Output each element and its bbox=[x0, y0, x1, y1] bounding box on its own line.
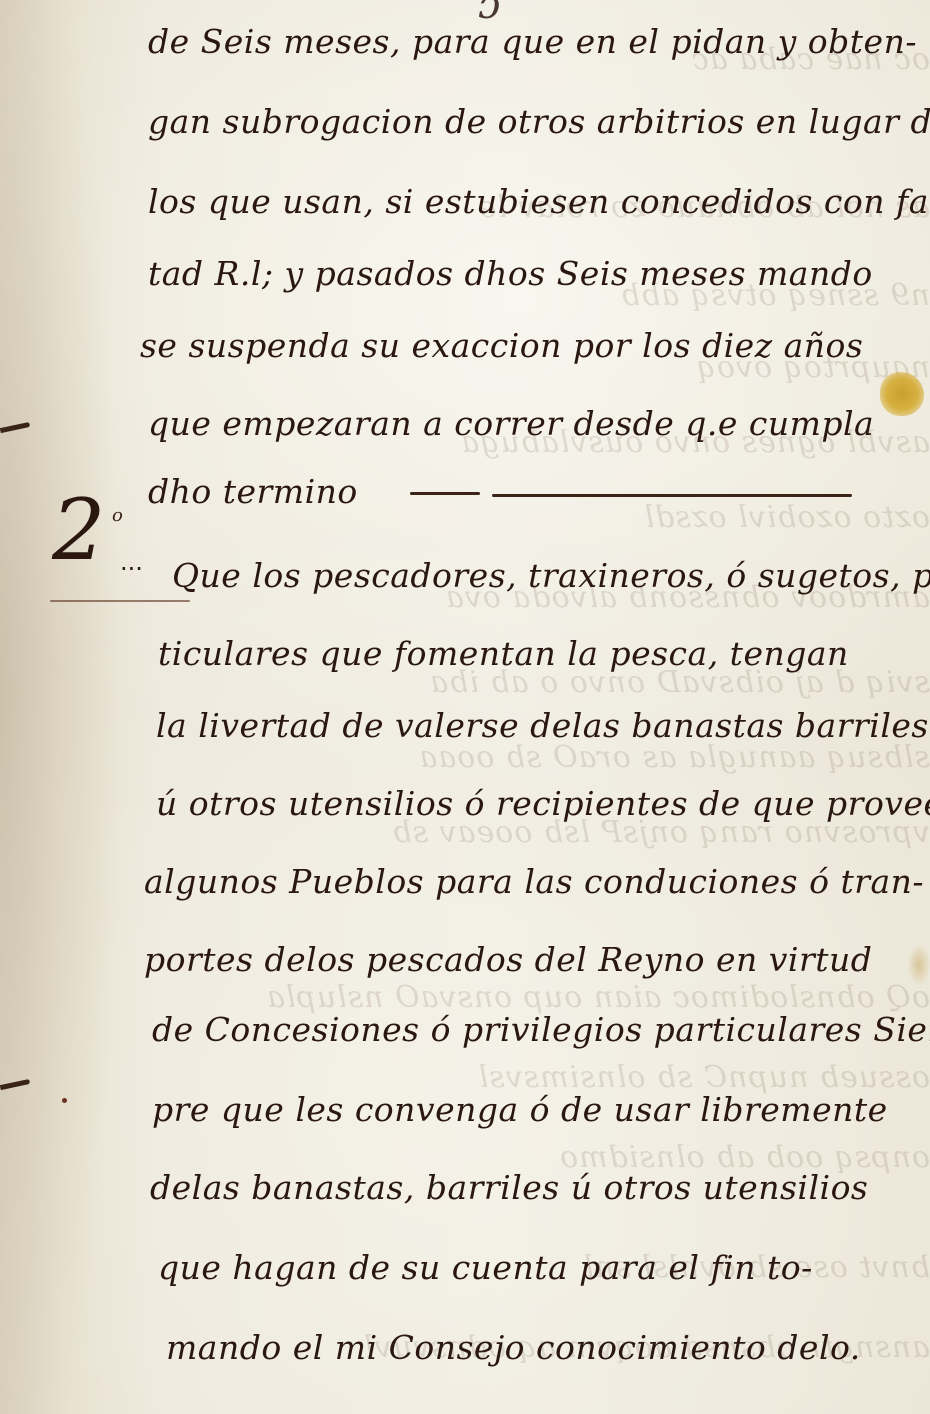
manuscript-line-12: algunos Pueblos para las conduciones ó t… bbox=[144, 862, 924, 901]
manuscript-page: oc nae caba ac as nol ab obnauo zo rolav… bbox=[0, 0, 930, 1414]
manuscript-line-6: que empezaran a correr desde q.e cumpla bbox=[148, 404, 874, 443]
faint-stain bbox=[908, 945, 930, 985]
margin-rule bbox=[50, 600, 190, 602]
manuscript-line-13: portes delos pescados del Reyno en virtu… bbox=[144, 940, 872, 979]
manuscript-line-7: dho termino bbox=[148, 472, 358, 511]
manuscript-line-8: Que los pescadores, traxineros, ó sugeto… bbox=[172, 556, 930, 595]
manuscript-line-4: tad R.l; y pasados dhos Seis meses mando bbox=[148, 254, 873, 293]
bleed-through-line: ozto ozobivl ozsdl bbox=[0, 500, 930, 535]
yellow-stain bbox=[880, 372, 924, 416]
manuscript-line-11: ú otros utensilios ó recipientes de que … bbox=[156, 784, 930, 823]
manuscript-line-18: mando el mi Consejo conocimiento delo. bbox=[166, 1328, 861, 1367]
bleed-through-line: slbsuq aanugla as oraO sb ooaa bbox=[0, 740, 930, 775]
ink-dot bbox=[62, 1098, 67, 1103]
section-marker-dots: ... bbox=[120, 548, 143, 576]
manuscript-line-5: se suspenda su exaccion por los diez año… bbox=[140, 326, 863, 365]
line-filler-dash bbox=[492, 494, 852, 497]
manuscript-line-17: que hagan de su cuenta para el fin to- bbox=[158, 1248, 813, 1287]
manuscript-line-9: ticulares que fomentan la pesca, tengan bbox=[158, 634, 849, 673]
manuscript-line-16: delas banastas, barriles ú otros utensil… bbox=[150, 1168, 868, 1207]
section-number: 2 bbox=[52, 488, 105, 572]
manuscript-line-2: gan subrogacion de otros arbitrios en lu… bbox=[148, 102, 930, 141]
manuscript-line-14: de Concesiones ó privilegios particulare… bbox=[152, 1010, 930, 1049]
manuscript-line-15: pre que les convenga ó de usar librement… bbox=[152, 1090, 888, 1129]
section-number-superscript: o bbox=[112, 505, 123, 526]
manuscript-line-1: de Seis meses, para que en el pidan y ob… bbox=[148, 22, 917, 61]
manuscript-line-10: la livertad de valerse delas banastas ba… bbox=[156, 706, 929, 745]
line-filler-dash bbox=[410, 492, 480, 495]
manuscript-line-3: los que usan, si estubiesen concedidos c… bbox=[148, 182, 930, 221]
